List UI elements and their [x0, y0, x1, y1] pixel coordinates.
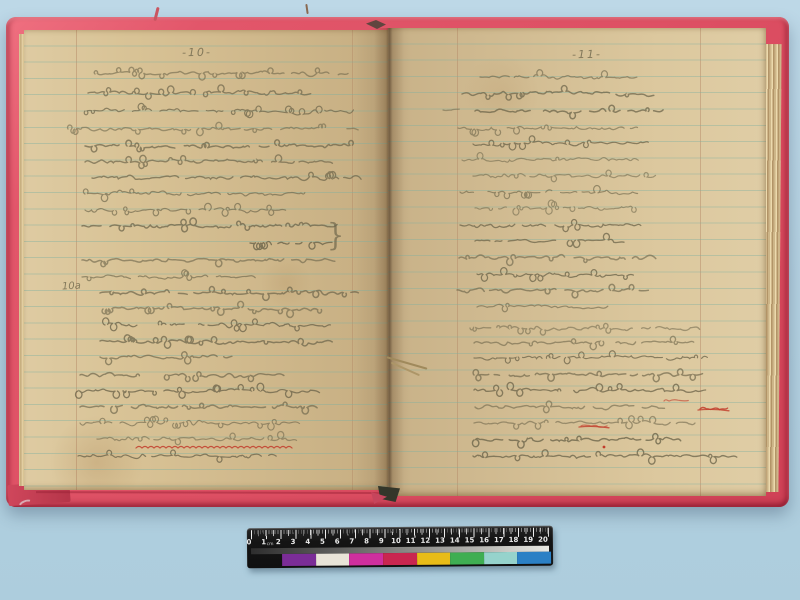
handwriting-stroke [88, 85, 311, 99]
handwriting-stroke [68, 122, 359, 135]
handwriting-stroke [76, 383, 325, 398]
handwriting-stroke [473, 369, 702, 382]
red-ink-dot [603, 446, 606, 449]
handwriting-stroke [78, 450, 276, 462]
handwriting-stroke [85, 140, 353, 152]
handwriting-stroke [85, 155, 332, 169]
handwriting-layer [0, 0, 800, 600]
photo-scene: -10- 10a } -11- 012345678910111213141516… [0, 0, 800, 600]
handwriting-stroke [477, 303, 608, 311]
ruler-number-19: 19 [522, 536, 534, 544]
handwriting-stroke [477, 268, 633, 282]
ruler-number-20: 20 [537, 536, 549, 544]
handwriting-stroke [470, 323, 704, 335]
handwriting-stroke [94, 67, 348, 80]
handwriting-stroke [84, 103, 353, 117]
ruler-number-0: 0 [243, 538, 255, 546]
ruler-color-patches [282, 552, 551, 566]
handwriting-stroke [82, 259, 335, 267]
ruler-number-3: 3 [287, 538, 299, 546]
handwriting-stroke [82, 218, 337, 232]
ruler-number-16: 16 [478, 536, 490, 544]
handwriting-stroke [473, 170, 656, 182]
color-patch-2 [349, 553, 383, 565]
ruler-number-8: 8 [361, 537, 373, 545]
handwriting-stroke [443, 109, 459, 110]
ruler-number-15: 15 [463, 536, 475, 544]
handwriting-stroke [458, 125, 638, 136]
handwriting-stroke [460, 185, 638, 198]
color-patch-6 [484, 552, 518, 564]
handwriting-stroke [80, 416, 299, 430]
handwriting-stroke [459, 255, 656, 266]
handwriting-stroke [250, 241, 341, 249]
ruler-number-14: 14 [449, 536, 461, 544]
handwriting-stroke [474, 336, 694, 349]
handwriting-stroke [100, 287, 358, 301]
handwriting-stroke [474, 351, 707, 364]
handwriting-stroke [698, 409, 729, 410]
handwriting-stroke [460, 219, 641, 231]
color-patch-3 [383, 553, 417, 565]
handwriting-stroke [97, 431, 297, 444]
handwriting-stroke [475, 233, 624, 247]
color-patch-7 [517, 552, 551, 564]
handwriting-stroke [462, 153, 638, 163]
ruler-number-9: 9 [375, 537, 387, 545]
handwriting-stroke [474, 383, 706, 397]
handwriting-stroke [474, 416, 703, 429]
color-patch-1 [316, 553, 350, 565]
handwriting-stroke [473, 449, 737, 464]
color-patch-5 [450, 552, 484, 564]
handwriting-stroke [103, 318, 331, 332]
handwriting-stroke [473, 136, 648, 150]
ruler-unit-label: cm [267, 542, 274, 547]
ruler-number-4: 4 [302, 538, 314, 546]
handwriting-stroke [457, 284, 648, 298]
handwriting-stroke [475, 200, 644, 215]
handwriting-stroke [92, 172, 361, 181]
ruler-number-12: 12 [419, 537, 431, 545]
handwriting-stroke [579, 426, 609, 427]
handwriting-stroke [475, 105, 663, 119]
ruler-number-6: 6 [331, 537, 343, 545]
handwriting-stroke [82, 270, 255, 281]
color-patch-0 [282, 554, 316, 566]
handwriting-stroke [475, 401, 665, 413]
ruler-number-7: 7 [346, 537, 358, 545]
handwriting-stroke [100, 352, 232, 365]
ruler-number-13: 13 [434, 537, 446, 545]
handwriting-stroke [80, 402, 317, 414]
handwriting-stroke [100, 335, 332, 348]
handwriting-stroke [102, 301, 321, 317]
ruler-number-11: 11 [405, 537, 417, 545]
handwriting-stroke [136, 446, 292, 448]
ruler-number-10: 10 [390, 537, 402, 545]
handwriting-stroke [83, 189, 304, 202]
color-patch-4 [417, 553, 451, 565]
ruler-number-2: 2 [272, 538, 284, 546]
handwriting-stroke [80, 372, 284, 382]
handwriting-stroke [664, 400, 688, 401]
handwriting-stroke [462, 86, 654, 100]
ruler-number-5: 5 [316, 538, 328, 546]
ruler-number-17: 17 [493, 536, 505, 544]
handwriting-stroke [85, 203, 286, 216]
ruler-number-18: 18 [508, 536, 520, 544]
calibration-ruler: 01234567891011121314151617181920cm [247, 526, 553, 569]
handwriting-stroke [472, 434, 690, 449]
handwriting-stroke [480, 70, 637, 79]
